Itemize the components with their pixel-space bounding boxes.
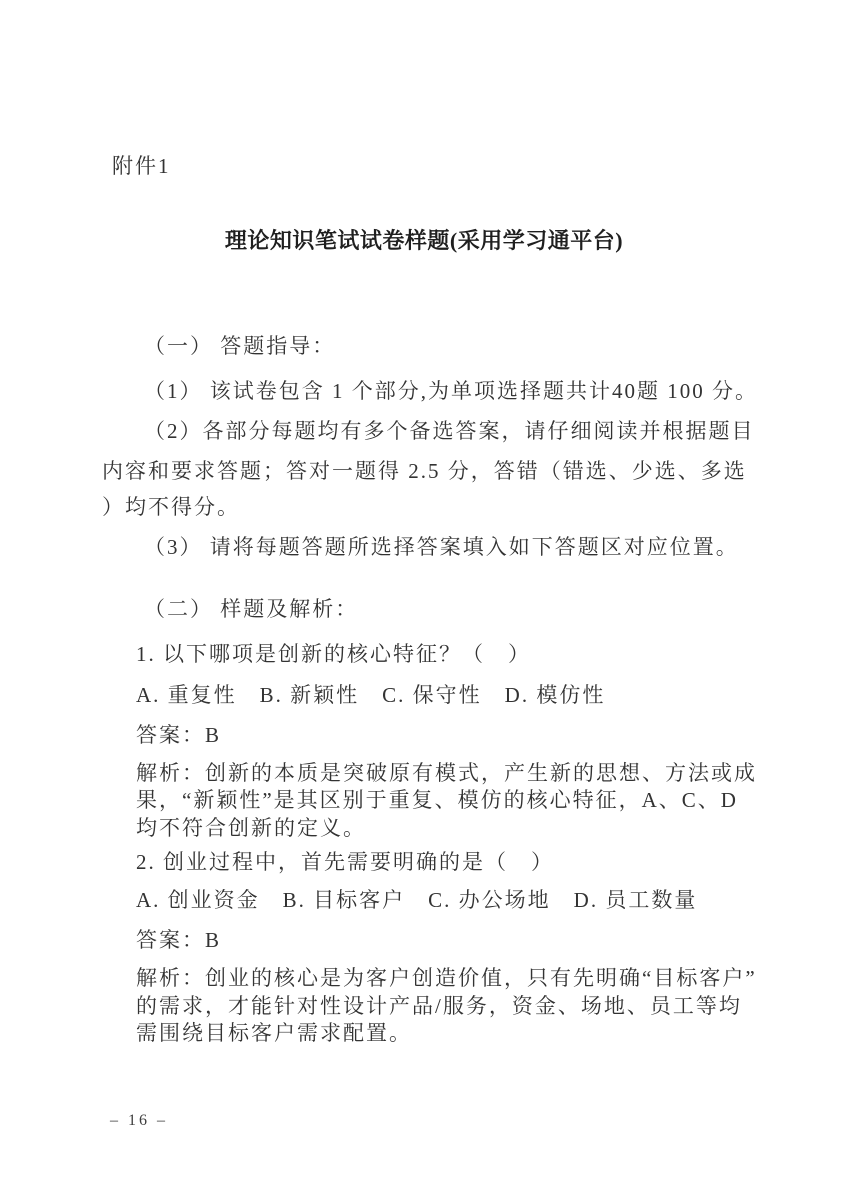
document-page: 附件1 理论知识笔试试卷样题(采用学习通平台) （一） 答题指导： （1） 该试… [0,0,848,1200]
instruction-item-2-line-3: ）均不得分。 [102,493,240,521]
page-number: – 16 – [110,1110,168,1132]
question-2-analysis-line-3: 需围绕目标客户需求配置。 [136,1019,412,1047]
question-1-analysis-line-3: 均不符合创新的定义。 [136,814,366,842]
attachment-label: 附件1 [112,152,171,180]
question-1-analysis-line-2: 果，“新颖性”是其区别于重复、模仿的核心特征，A、C、D [136,786,738,814]
instruction-item-3: （3） 请将每题答题所选择答案填入如下答题区对应位置。 [144,533,739,561]
instruction-item-1: （1） 该试卷包含 1 个部分,为单项选择题共计40题 100 分。 [144,377,758,405]
question-2-answer: 答案：B [136,926,221,954]
question-1-text: 1. 以下哪项是创新的核心特征？（ ） [136,640,531,668]
question-2-text: 2. 创业过程中，首先需要明确的是（ ） [136,848,554,876]
instruction-item-2-line-2: 内容和要求答题；答对一题得 2.5 分，答错（错选、少选、多选 [102,457,747,485]
question-1-analysis-line-1: 解析：创新的本质是突破原有模式，产生新的思想、方法或成 [136,759,757,787]
instruction-item-2-line-1: （2）各部分每题均有多个备选答案，请仔细阅读并根据题目 [144,417,755,445]
question-2-analysis-line-1: 解析：创业的核心是为客户创造价值，只有先明确“目标客户” [136,964,757,992]
question-1-answer: 答案：B [136,721,221,749]
page-title: 理论知识笔试试卷样题(采用学习通平台) [0,226,848,256]
question-2-options: A. 创业资金 B. 目标客户 C. 办公场地 D. 员工数量 [136,886,697,914]
question-2-analysis-line-2: 的需求，才能针对性设计产品/服务，资金、场地、员工等均 [136,992,742,1020]
samples-heading: （二） 样题及解析： [144,595,358,623]
instructions-heading: （一） 答题指导： [144,332,335,360]
question-1-options: A. 重复性 B. 新颖性 C. 保守性 D. 模仿性 [136,681,605,709]
